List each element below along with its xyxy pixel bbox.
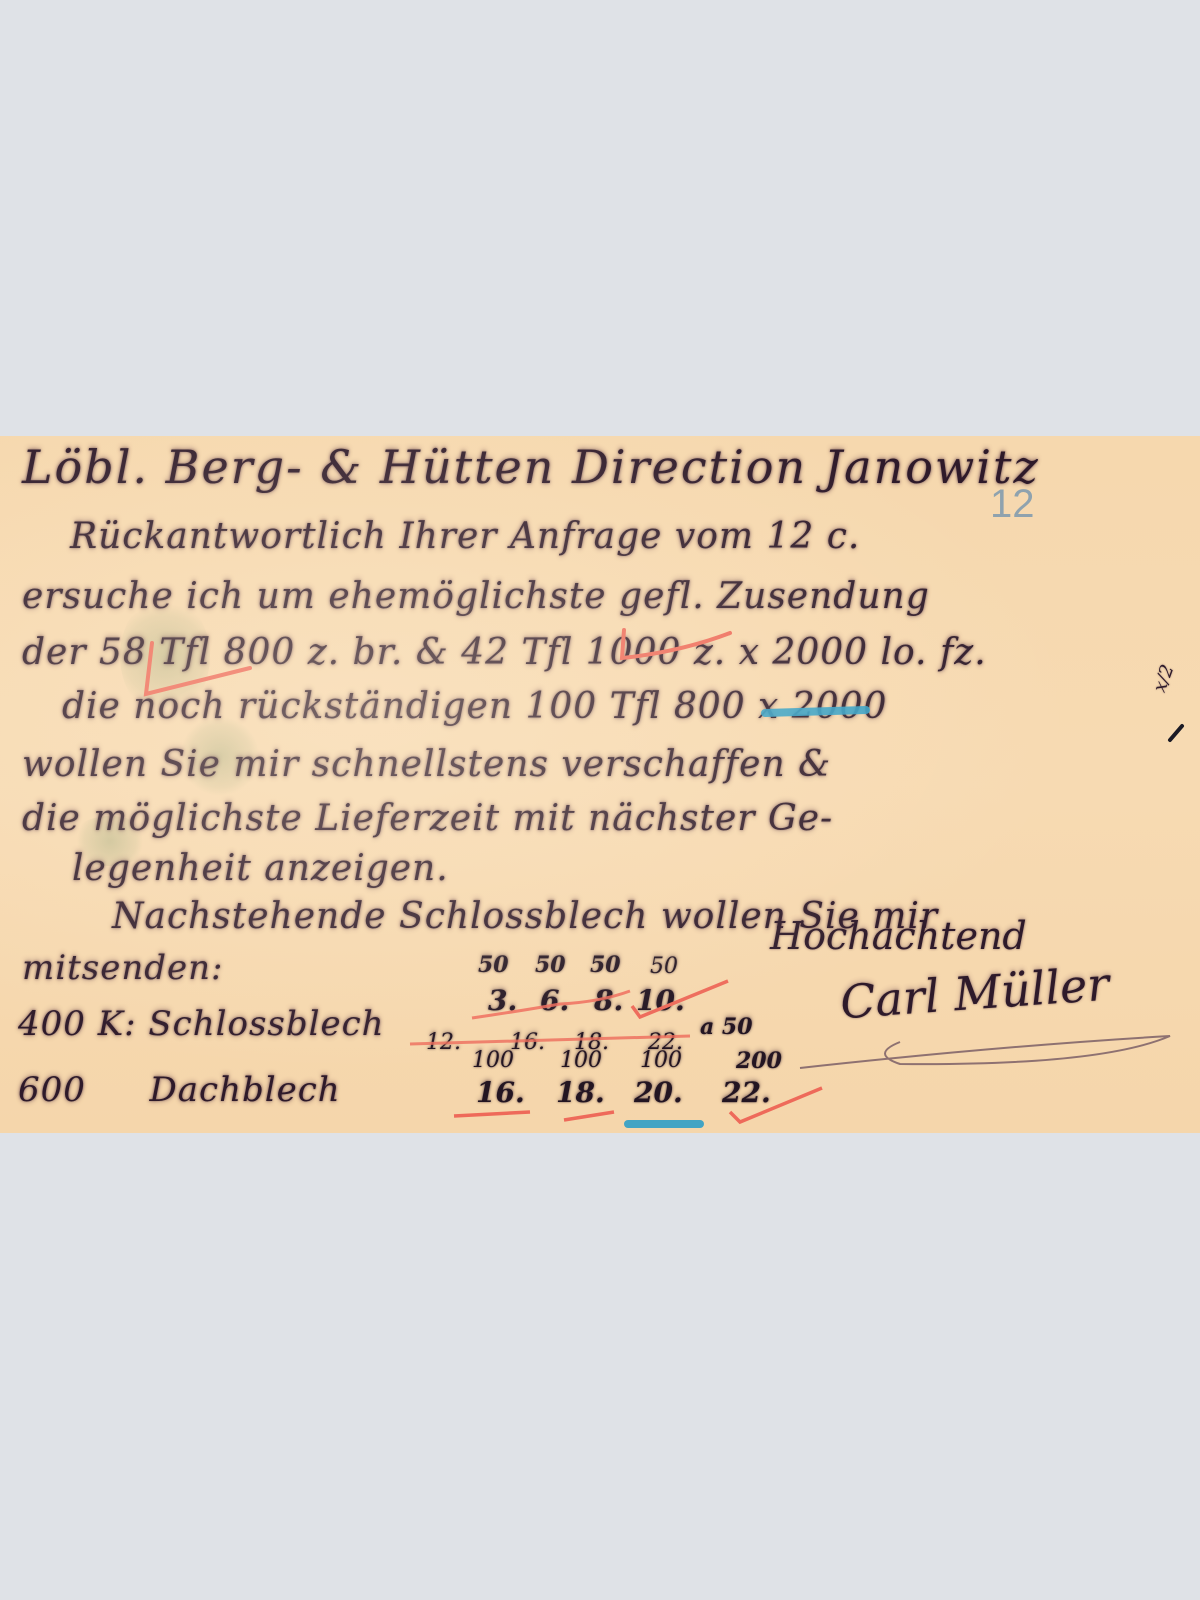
order-item: Schlossblech <box>148 1004 384 1044</box>
size-value: 6. <box>540 984 569 1017</box>
top-value: 100 <box>640 1048 682 1073</box>
signature-flourish <box>800 1036 1170 1068</box>
top-value: 50 <box>590 952 621 978</box>
archive-number: 12 <box>990 482 1035 527</box>
second-size-value: 16. <box>510 1030 545 1055</box>
extra-value: a 50 <box>700 1014 753 1040</box>
body-line: ersuche ich um ehemöglichste gefl. Zusen… <box>22 576 930 617</box>
body-line: Rückantwortlich Ihrer Anfrage vom 12 c. <box>70 516 860 557</box>
size-value: 20. <box>634 1076 683 1109</box>
margin-note: x/2 <box>1149 662 1178 695</box>
top-value: 50 <box>535 952 566 978</box>
top-value: 100 <box>472 1048 514 1073</box>
red-check-mark <box>454 1112 530 1116</box>
second-size-value: 12. <box>426 1030 461 1055</box>
closing: Hochachtend <box>770 914 1027 958</box>
body-line: die möglichste Lieferzeit mit nächster G… <box>22 798 833 839</box>
postcard: Löbl. Berg- & Hütten Direction Janowitz … <box>0 436 1200 1133</box>
address-header: Löbl. Berg- & Hütten Direction Janowitz <box>22 440 1040 494</box>
signature: Carl Müller <box>838 957 1110 1030</box>
body-line: die noch rückständigen 100 Tfl 800 x 200… <box>62 686 887 727</box>
size-value: 3. <box>488 984 517 1017</box>
top-value: 50 <box>650 954 678 979</box>
top-value: 200 <box>736 1048 782 1074</box>
size-value: 22. <box>722 1076 771 1109</box>
order-qty: 600 <box>18 1070 86 1110</box>
order-qty: 400 K: <box>18 1004 137 1044</box>
body-line: wollen Sie mir schnellstens verschaffen … <box>22 744 831 785</box>
size-value: 8. <box>594 984 623 1017</box>
top-value: 50 <box>478 952 509 978</box>
order-item: Dachblech <box>150 1070 341 1110</box>
size-value: 18. <box>556 1076 605 1109</box>
size-value: 10. <box>636 984 685 1017</box>
body-line: legenheit anzeigen. <box>72 848 449 889</box>
red-check-mark <box>564 1112 614 1120</box>
order-line-schlossblech: 400 K: Schlossblech <box>18 1004 385 1044</box>
order-line-dachblech: 600 Dachblech <box>18 1070 341 1110</box>
size-value: 16. <box>476 1076 525 1109</box>
body-line: der 58 Tfl 800 z. br. & 42 Tfl 1000 z. x… <box>22 632 987 673</box>
top-value: 100 <box>560 1048 602 1073</box>
body-line: mitsenden: <box>22 948 223 988</box>
